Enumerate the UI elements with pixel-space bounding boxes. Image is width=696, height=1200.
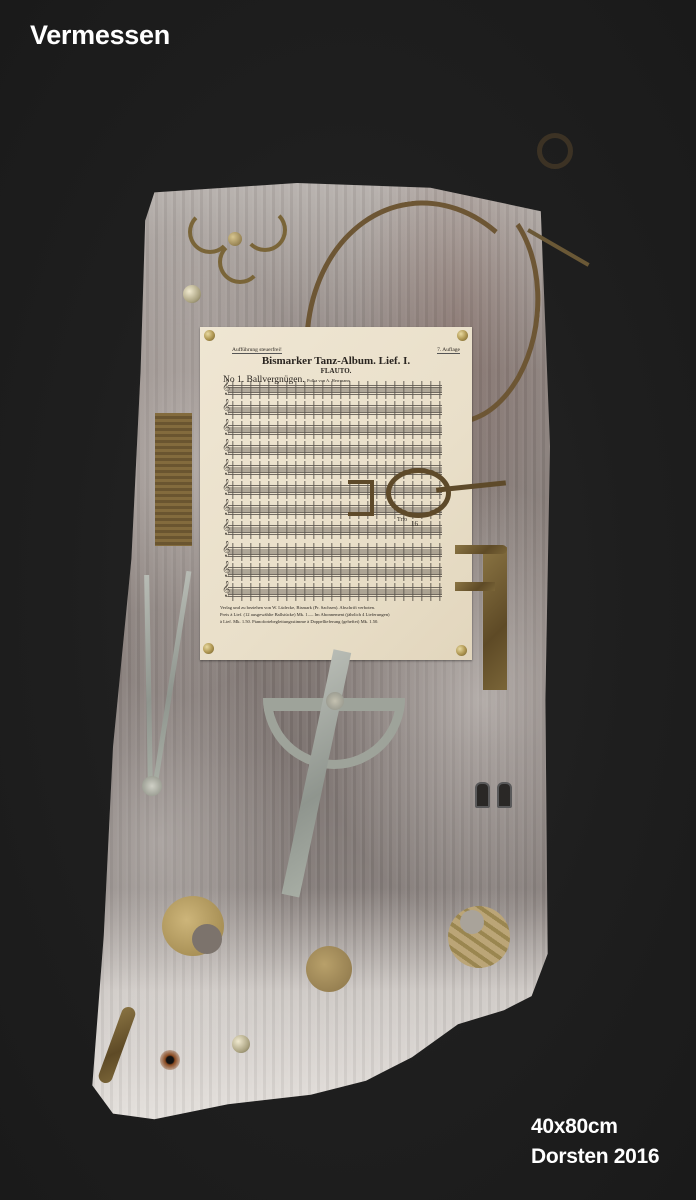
rivet-icon <box>457 330 468 341</box>
footer-line: Preis à Lief. (12 ausgewählte Ballstücke… <box>220 611 458 618</box>
treble-clef-icon: 𝄞 <box>222 421 230 435</box>
sheet-footer: Verlag und zu beziehen von W. Lüdecke, B… <box>220 604 458 625</box>
music-staff: 𝄞 <box>228 405 442 415</box>
brass-triple-hook <box>188 200 286 284</box>
divider-hinge <box>142 776 162 796</box>
keyhole-escutcheon-icon <box>475 782 490 808</box>
artwork-location-year: Dorsten 2016 <box>531 1142 659 1172</box>
music-staff: 𝄞 <box>228 547 442 557</box>
inside-caliper <box>348 466 508 522</box>
watch-plate-right <box>448 906 510 968</box>
rivet-icon <box>204 330 215 341</box>
rivet-icon <box>203 643 214 654</box>
slide-caliper-jaw <box>455 582 495 591</box>
music-staff: 𝄞 <box>228 587 442 597</box>
artwork-caption: 40x80cm Dorsten 2016 <box>531 1112 659 1172</box>
caliper-ring <box>537 133 573 169</box>
treble-clef-icon: 𝄞 <box>222 501 230 515</box>
music-staff: 𝄞 <box>228 525 442 535</box>
footer-line: Verlag und zu beziehen von W. Lüdecke, B… <box>220 604 458 611</box>
rusted-nail-hole <box>160 1050 180 1070</box>
treble-clef-icon: 𝄞 <box>222 381 230 395</box>
music-staff: 𝄞 <box>228 385 442 395</box>
treble-clef-icon: 𝄞 <box>222 481 230 495</box>
music-staff: 𝄞 <box>228 445 442 455</box>
music-staff: 𝄞 <box>228 567 442 577</box>
sheet-title: Bismarker Tanz-Album. Lief. I. <box>200 355 472 367</box>
slide-caliper-bar <box>483 547 507 690</box>
slide-caliper-jaw <box>455 545 507 554</box>
sheet-header-row: Aufführung steuerfrei! 7. Auflage <box>232 347 460 354</box>
rivet-icon <box>456 645 467 656</box>
treble-clef-icon: 𝄞 <box>222 583 230 597</box>
metal-button-bottom <box>232 1035 250 1053</box>
treble-clef-icon: 𝄞 <box>222 521 230 535</box>
treble-clef-icon: 𝄞 <box>222 441 230 455</box>
watch-plate-left <box>162 896 224 956</box>
music-staff: 𝄞 <box>228 425 442 435</box>
footer-line: à Lief. Mk. 1.50. Pianofortebegleitungss… <box>220 618 458 625</box>
saw-blade-fragment <box>155 413 192 546</box>
protractor-pivot <box>326 692 344 710</box>
artwork-title: Vermessen <box>30 20 170 51</box>
sheet-edition: 7. Auflage <box>437 347 460 354</box>
sheet-rights-note: Aufführung steuerfrei! <box>232 347 282 354</box>
sheet-instrument: FLAUTO. <box>200 367 472 375</box>
treble-clef-icon: 𝄞 <box>222 563 230 577</box>
keyhole-escutcheon-icon <box>497 782 512 808</box>
metal-button-top <box>183 285 201 303</box>
treble-clef-icon: 𝄞 <box>222 401 230 415</box>
treble-clef-icon: 𝄞 <box>222 461 230 475</box>
watch-plate-center <box>306 946 352 992</box>
treble-clef-icon: 𝄞 <box>222 543 230 557</box>
artwork-dimensions: 40x80cm <box>531 1112 659 1142</box>
